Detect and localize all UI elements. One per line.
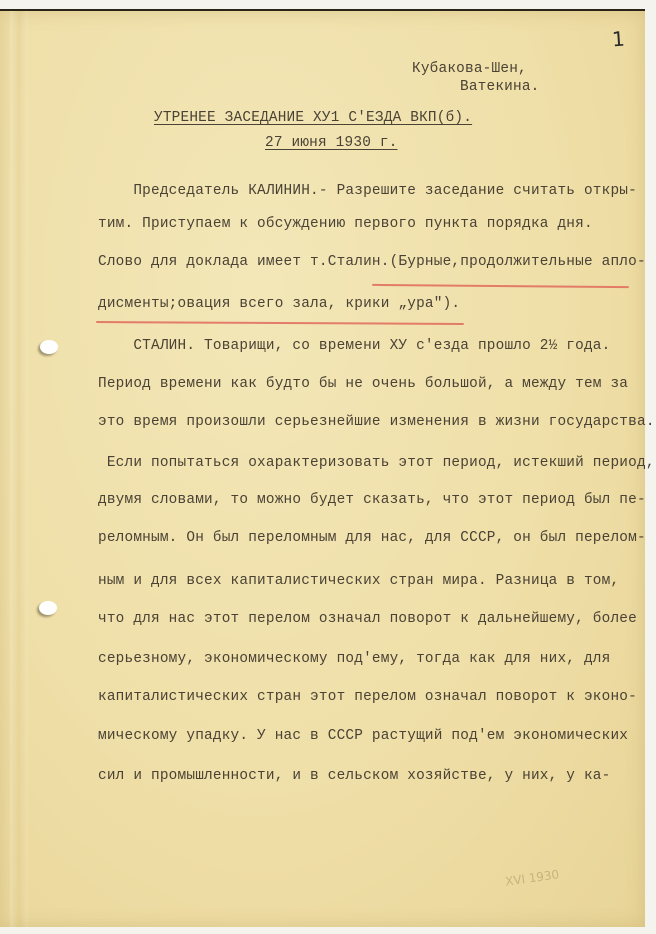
page-number: 1 — [611, 27, 625, 52]
author-line-2: Ватекина. — [460, 79, 540, 95]
red-underline-1 — [372, 284, 629, 288]
document-title: УТРЕНЕЕ ЗАСЕДАНИЕ ХУ1 С'ЕЗДА ВКП(б). — [154, 110, 472, 126]
punch-hole-bottom — [39, 601, 57, 615]
pencil-archive-note: XVI 1930 — [504, 867, 560, 888]
text-line: Председатель КАЛИНИН.- Разрешите заседан… — [98, 183, 637, 199]
document-date: 27 июня 1930 г. — [265, 135, 398, 151]
text-line: дисменты;овация всего зала, крики „ура")… — [98, 296, 460, 312]
text-line: Если попытаться охарактеризовать этот пе… — [98, 455, 655, 471]
author-line-1: Кубакова-Шен, — [412, 61, 527, 77]
text-line: сил и промышленности, и в сельском хозяй… — [98, 768, 610, 784]
red-underline-2 — [96, 321, 464, 325]
text-line: капиталистических стран этот перелом озн… — [98, 689, 637, 705]
punch-hole-top — [40, 340, 58, 354]
document-page: 1 Кубакова-Шен, Ватекина. УТРЕНЕЕ ЗАСЕДА… — [0, 9, 645, 927]
text-line: тим. Приступаем к обсуждению первого пун… — [98, 216, 593, 232]
text-line: реломным. Он был переломным для нас, для… — [98, 530, 646, 546]
text-line: ным и для всех капиталистических стран м… — [98, 573, 619, 589]
text-line: Период времени как будто бы не очень бол… — [98, 376, 628, 392]
text-line: СТАЛИН. Товарищи, со времени ХУ с'езда п… — [98, 338, 610, 354]
text-line: мическому упадку. У нас в СССР растущий … — [98, 728, 628, 744]
text-line: что для нас этот перелом означал поворот… — [98, 611, 637, 627]
text-line: это время произошли серьезнейшие изменен… — [98, 414, 655, 430]
text-line: двумя словами, то можно будет сказать, ч… — [98, 492, 646, 508]
text-line: серьезному, экономическому под'ему, тогд… — [98, 651, 610, 667]
text-line: Слово для доклада имеет т.Сталин.(Бурные… — [98, 254, 646, 270]
